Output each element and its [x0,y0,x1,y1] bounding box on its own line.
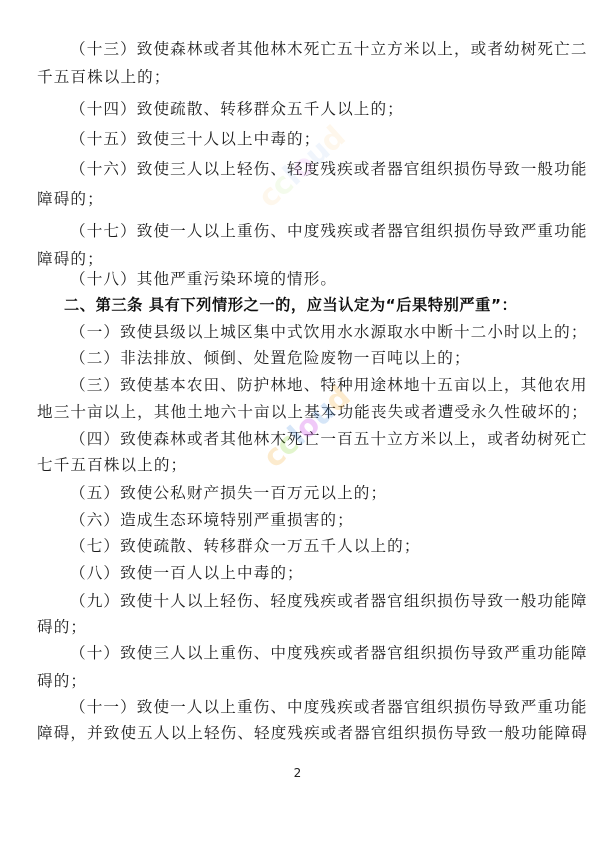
document-page: （十三）致使森林或者其他林木死亡五十立方米以上，或者幼树死亡二千五百株以上的；（… [0,0,595,841]
paragraph-line: （十八）其他严重污染环境的情形。 [70,270,559,288]
paragraph-line: （九）致使十人以上轻伤、轻度残疾或者器官组织损伤导致一般功能障 [70,592,559,610]
section-heading: 二、第三条 具有下列情形之一的，应当认定为“后果特别严重”： [64,296,586,314]
paragraph-line: （四）致使森林或者其他林木死亡一百五十立方米以上，或者幼树死亡 [70,430,559,448]
paragraph-line: （十三）致使森林或者其他林木死亡五十立方米以上，或者幼树死亡二 [70,40,559,58]
paragraph-line: （三）致使基本农田、防护林地、特种用途林地十五亩以上，其他农用 [70,376,559,394]
paragraph-line: 千五百株以上的； [37,68,559,86]
paragraph-line: 七千五百株以上的； [37,456,559,474]
paragraph-line: （十五）致使三十人以上中毒的； [70,130,559,148]
paragraph-line: （一）致使县级以上城区集中式饮用水水源取水中断十二小时以上的； [70,323,559,341]
paragraph-line: （十一）致使一人以上重伤、中度残疾或者器官组织损伤导致严重功能 [70,698,559,716]
paragraph-line: （八）致使一百人以上中毒的； [70,564,559,582]
paragraph-line: （十六）致使三人以上轻伤、轻度残疾或者器官组织损伤导致一般功能 [70,160,559,178]
paragraph-line: 障碍的； [37,250,559,268]
paragraph-line: 地三十亩以上，其他土地六十亩以上基本功能丧失或者遭受永久性破坏的； [37,403,559,421]
paragraph-line: 碍的； [37,618,559,636]
paragraph-line: （十四）致使疏散、转移群众五千人以上的； [70,100,559,118]
paragraph-line: （五）致使公私财产损失一百万元以上的； [70,484,559,502]
paragraph-line: （六）造成生态环境特别严重损害的； [70,511,559,529]
paragraph-line: （十七）致使一人以上重伤、中度残疾或者器官组织损伤导致严重功能 [70,222,559,240]
paragraph-line: （十）致使三人以上重伤、中度残疾或者器官组织损伤导致严重功能障 [70,644,559,662]
paragraph-line: 碍的； [37,672,559,690]
page-number: 2 [0,766,595,780]
paragraph-line: （七）致使疏散、转移群众一万五千人以上的； [70,537,559,555]
paragraph-line: 障碍的； [37,190,559,208]
paragraph-line: （二）非法排放、倾倒、处置危险废物一百吨以上的； [70,349,559,367]
paragraph-line: 障碍，并致使五人以上轻伤、轻度残疾或者器官组织损伤导致一般功能障碍 [37,724,559,742]
